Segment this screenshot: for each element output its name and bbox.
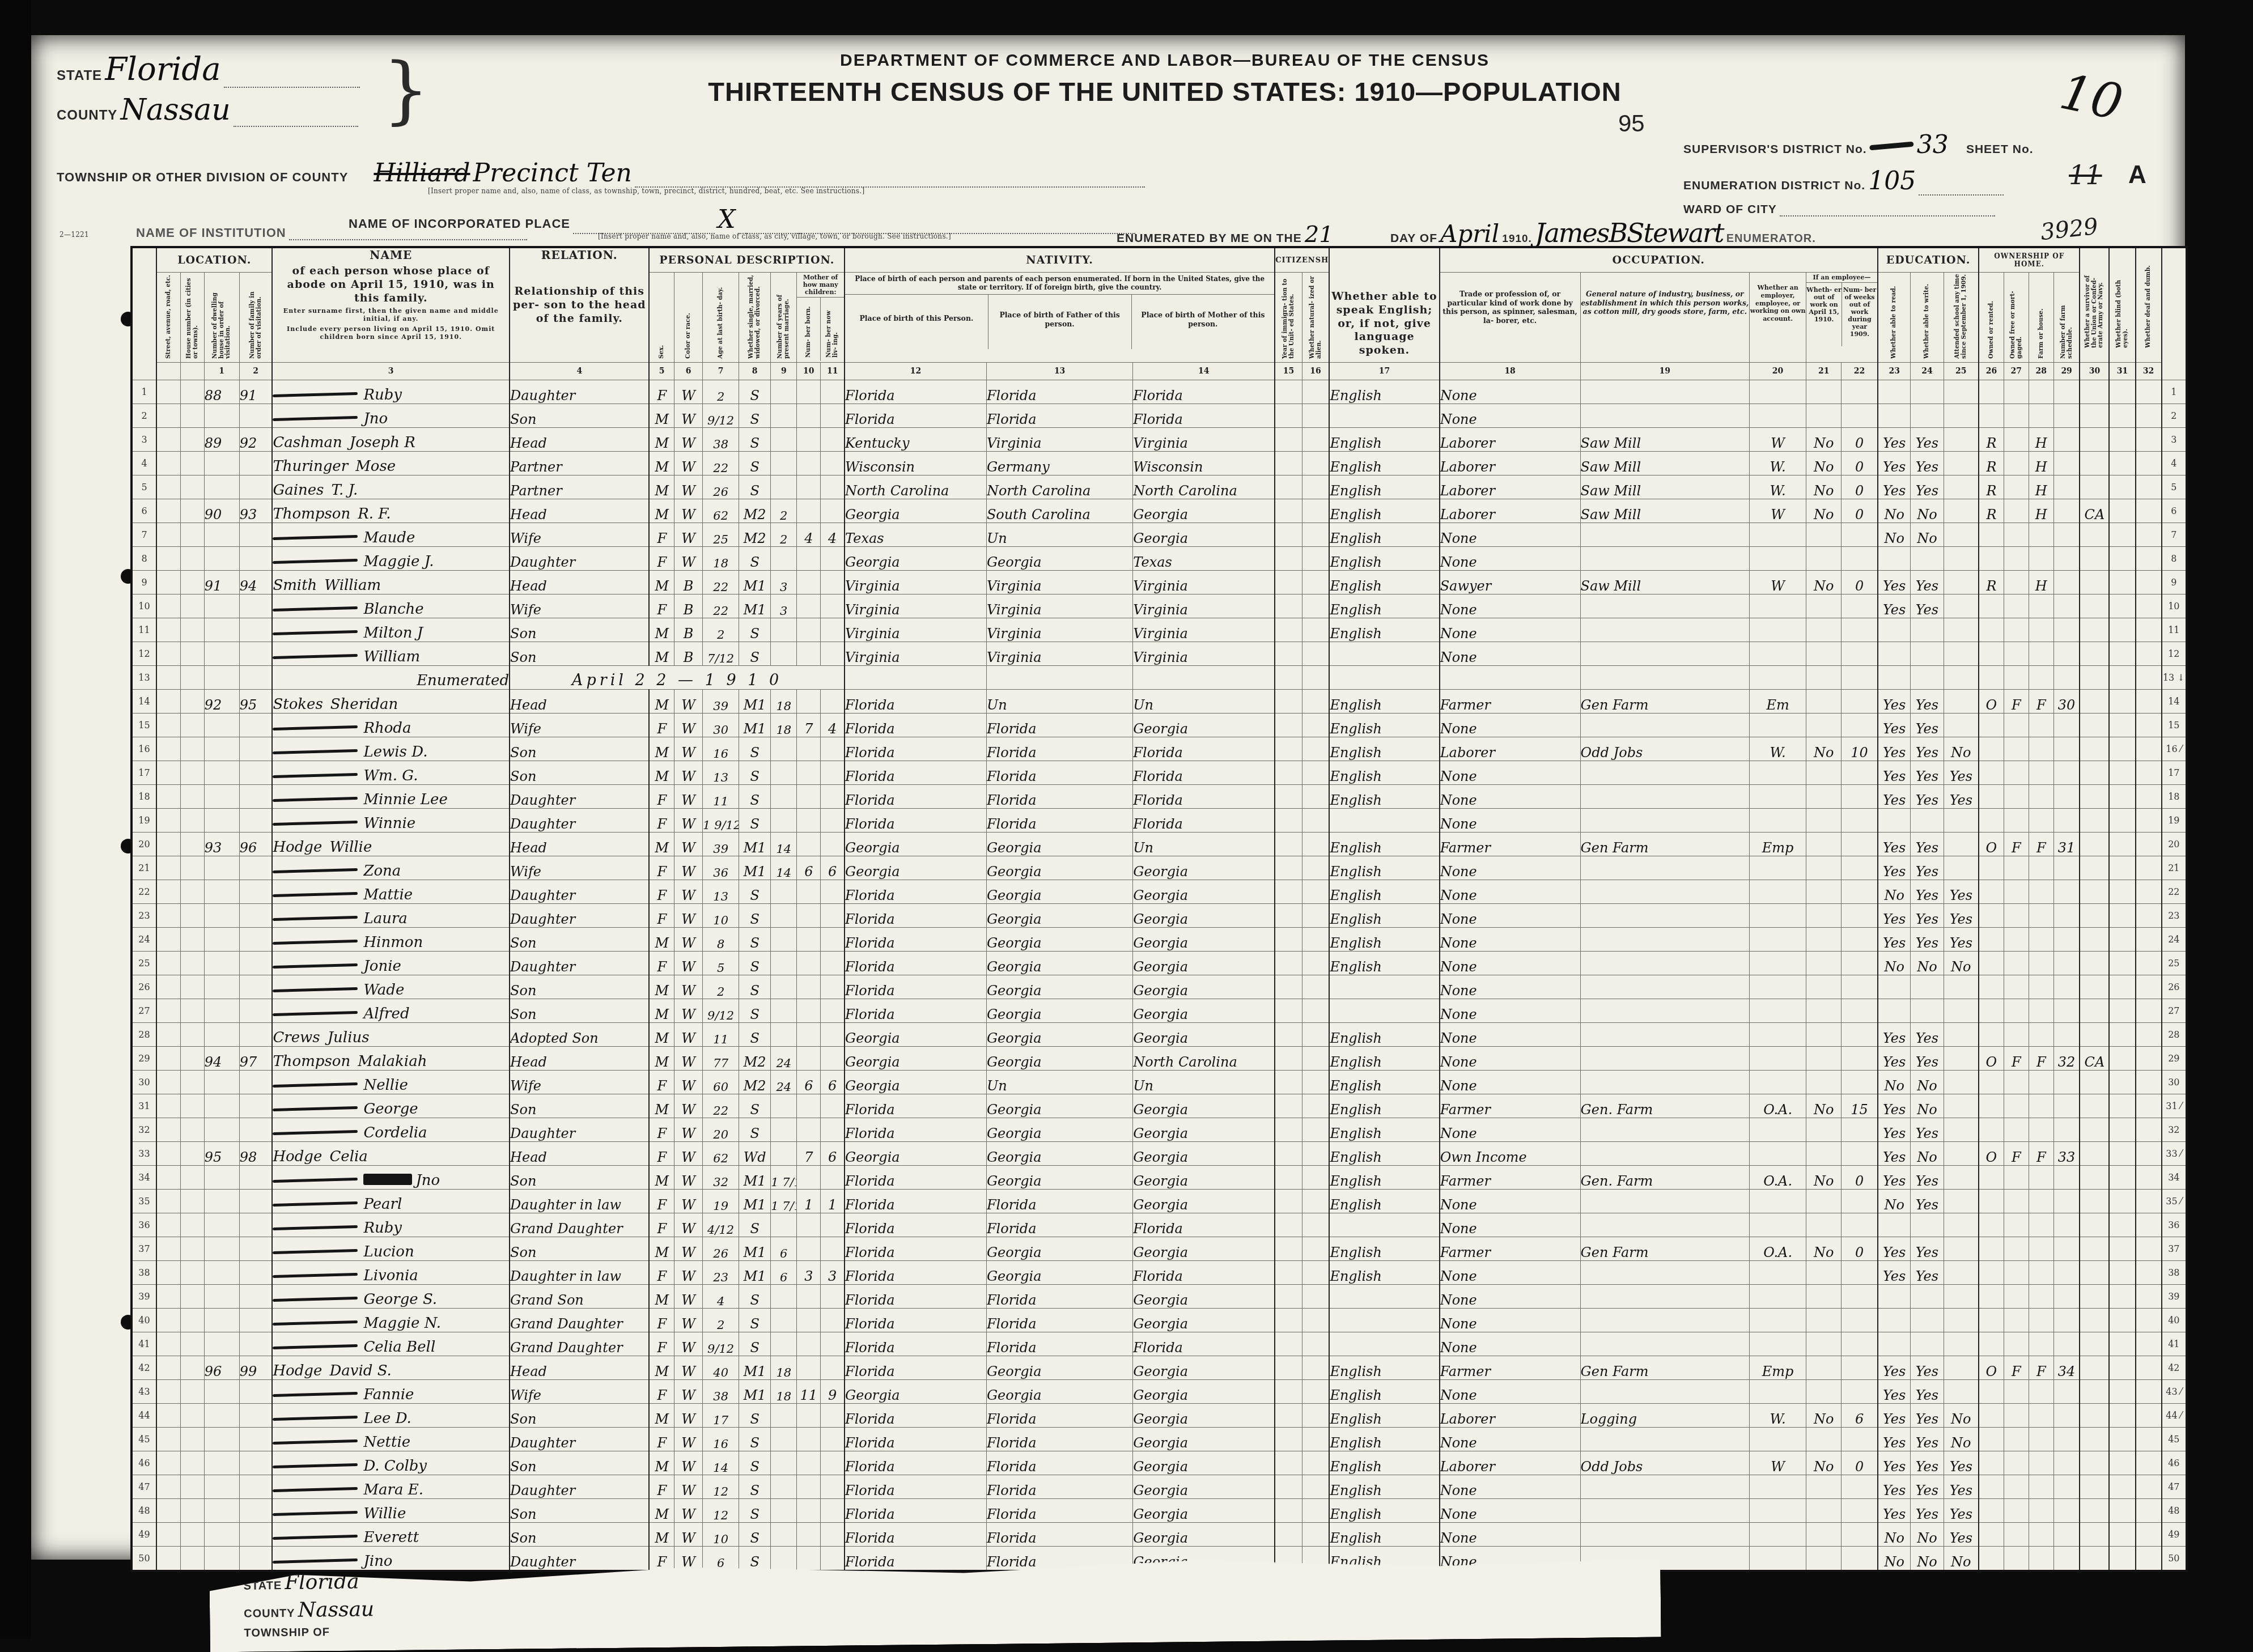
- cell-cb: [797, 1285, 821, 1309]
- cell-vet: [2080, 880, 2109, 904]
- cell-ag: 6: [703, 1547, 739, 1572]
- cell-house: [180, 1356, 204, 1380]
- cell-tr: Laborer: [1440, 1451, 1580, 1475]
- cell-o: [1979, 785, 2004, 809]
- cell-street: [156, 737, 180, 761]
- cell-dw: [204, 761, 239, 785]
- table-row: 4Thuringer MosePartnerMW22SWisconsinGerm…: [131, 452, 2187, 475]
- cell-mbp: Georgia: [1133, 880, 1275, 904]
- cell-wr: Yes: [1911, 571, 1944, 594]
- cell-mbp: Georgia: [1133, 1190, 1275, 1213]
- cell-emp: W.: [1750, 452, 1806, 475]
- cell-rd: Yes: [1878, 1499, 1911, 1523]
- cell-co: W: [674, 856, 703, 880]
- column-number: 14: [1133, 363, 1275, 380]
- cell-ow: [1806, 1118, 1842, 1142]
- cell-ow: [1806, 975, 1842, 999]
- cell-ow: No: [1806, 428, 1842, 452]
- cell-name: Laura: [272, 904, 510, 928]
- column-number: 10: [797, 363, 821, 380]
- cell-ma: S: [739, 785, 771, 809]
- cell-imm: [1275, 1523, 1302, 1547]
- table-row: 99194Smith WilliamHeadMB22M13VirginiaVir…: [131, 571, 2187, 594]
- cell-wks: 0: [1842, 452, 1878, 475]
- cell-ow: [1806, 1428, 1842, 1451]
- cell-fh: [2029, 809, 2053, 833]
- cell-imm: [1275, 785, 1302, 809]
- cell-sch: [1944, 690, 1979, 714]
- cell-bp: [845, 666, 986, 690]
- column-number: 5: [649, 363, 674, 380]
- cell-ma: M1: [739, 833, 771, 856]
- cell-df: [2136, 928, 2162, 952]
- cell-ma: S: [739, 1451, 771, 1475]
- cell-rd: Yes: [1878, 1380, 1911, 1404]
- cell-rel: Daughter in law: [510, 1261, 649, 1285]
- cell-rd: No: [1878, 1523, 1911, 1547]
- cell-lnR: 24: [2162, 928, 2187, 952]
- cell-wks: [1842, 1332, 1878, 1356]
- cell-house: [180, 785, 204, 809]
- cell-house: [180, 404, 204, 428]
- cell-ind: [1580, 904, 1749, 928]
- column-number: 32: [2136, 363, 2162, 380]
- cell-vet: [2080, 975, 2109, 999]
- cell-bl: [2109, 1071, 2135, 1094]
- cell-ma: S: [739, 1523, 771, 1547]
- cell-sx: F: [649, 1071, 674, 1094]
- cell-rd: [1878, 404, 1911, 428]
- cell-fm: [2004, 1332, 2029, 1356]
- cell-cb: [797, 547, 821, 571]
- cell-wr: Yes: [1911, 428, 1944, 452]
- cell-tr: None: [1440, 809, 1580, 833]
- cell-df: [2136, 499, 2162, 523]
- cell-vet: [2080, 428, 2109, 452]
- cell-ln: 5: [131, 475, 156, 499]
- cell-emp: [1750, 809, 1806, 833]
- table-row: 2JnoSonMW9/12SFloridaFloridaFloridaNone2: [131, 404, 2187, 428]
- cell-yrs: [771, 880, 797, 904]
- cell-sx: M: [649, 999, 674, 1023]
- cell-bp: Florida: [845, 1547, 986, 1572]
- col-18-label: Trade or profession of, or particular ki…: [1440, 290, 1580, 325]
- cell-sx: F: [649, 809, 674, 833]
- cell-sx: M: [649, 642, 674, 666]
- column-number: 11: [821, 363, 845, 380]
- cell-nat: [1302, 1404, 1329, 1428]
- cell-name: Cordelia: [272, 1118, 510, 1142]
- cell-street: [156, 1047, 180, 1071]
- cell-tr: None: [1440, 1309, 1580, 1332]
- cell-rd: [1878, 1309, 1911, 1332]
- cell-street: [156, 1404, 180, 1428]
- cell-sch: [1944, 618, 1979, 642]
- cell-bl: [2109, 571, 2135, 594]
- census-table: LOCATION. NAME of each person whose plac…: [130, 246, 2188, 1572]
- cell-street: [156, 452, 180, 475]
- cell-rel: Wife: [510, 523, 649, 547]
- cell-vet: [2080, 761, 2109, 785]
- cell-co: W: [674, 1475, 703, 1499]
- cell-tr: None: [1440, 642, 1580, 666]
- cell-rel: Daughter: [510, 1428, 649, 1451]
- cell-bp: Florida: [845, 1356, 986, 1380]
- cell-dw: [204, 618, 239, 642]
- cell-bl: [2109, 666, 2135, 690]
- cell-bp: Florida: [845, 714, 986, 737]
- cell-name: Minnie Lee: [272, 785, 510, 809]
- cell-rel: Partner: [510, 475, 649, 499]
- cell-df: [2136, 594, 2162, 618]
- cell-emp: [1750, 1142, 1806, 1166]
- cell-street: [156, 618, 180, 642]
- cell-bp: Florida: [845, 999, 986, 1023]
- cell-cb: [797, 1475, 821, 1499]
- cell-dw: 90: [204, 499, 239, 523]
- cell-cl: [821, 690, 845, 714]
- cell-house: [180, 1142, 204, 1166]
- cell-bp: North Carolina: [845, 475, 986, 499]
- cell-wr: Yes: [1911, 856, 1944, 880]
- cell-o: R: [1979, 499, 2004, 523]
- cell-wks: [1842, 1118, 1878, 1142]
- cell-eng: English: [1329, 690, 1439, 714]
- cell-fs: [2053, 1547, 2080, 1572]
- cell-fs: 34: [2053, 1356, 2080, 1380]
- col-30-label: Whether a survivor of the Union or Confe…: [2085, 263, 2105, 348]
- cell-mbp: Georgia: [1133, 1404, 1275, 1428]
- cell-fbp: South Carolina: [986, 499, 1132, 523]
- cell-vet: [2080, 833, 2109, 856]
- cell-emp: [1750, 404, 1806, 428]
- enumeration-value: 105: [1868, 167, 1916, 196]
- cell-co: W: [674, 880, 703, 904]
- cell-bl: [2109, 1023, 2135, 1047]
- cell-eng: [1329, 404, 1439, 428]
- cell-fm: [2004, 809, 2029, 833]
- cell-fm: [2004, 475, 2029, 499]
- cell-tr: Sawyer: [1440, 571, 1580, 594]
- cell-tr: Laborer: [1440, 475, 1580, 499]
- cell-yrs: [771, 809, 797, 833]
- cell-emp: [1750, 999, 1806, 1023]
- cell-mbp: Georgia: [1133, 1285, 1275, 1309]
- cell-imm: [1275, 1190, 1302, 1213]
- cell-eng: English: [1329, 928, 1439, 952]
- cell-bp: Georgia: [845, 1380, 986, 1404]
- cell-fam: [239, 1499, 272, 1523]
- cell-house: [180, 1380, 204, 1404]
- cell-nat: [1302, 571, 1329, 594]
- cell-rel: Wife: [510, 594, 649, 618]
- cell-rd: No: [1878, 499, 1911, 523]
- cell-sch: [1944, 1309, 1979, 1332]
- cell-yrs: [771, 380, 797, 404]
- cell-wr: No: [1911, 1142, 1944, 1166]
- cell-vet: [2080, 1380, 2109, 1404]
- cell-co: W: [674, 1237, 703, 1261]
- cell-co: W: [674, 952, 703, 975]
- cell-wr: Yes: [1911, 1118, 1944, 1142]
- cell-sch: [1944, 547, 1979, 571]
- cell-lnR: 2: [2162, 404, 2187, 428]
- group-citizenship: CITIZENSHIP.: [1275, 247, 1329, 273]
- cell-dw: [204, 714, 239, 737]
- cell-bl: [2109, 523, 2135, 547]
- cell-tr: None: [1440, 904, 1580, 928]
- cell-imm: [1275, 880, 1302, 904]
- table-row: 38992Cashman Joseph RHeadMW38SKentuckyVi…: [131, 428, 2187, 452]
- cell-vet: [2080, 452, 2109, 475]
- cell-sch: [1944, 1213, 1979, 1237]
- cell-rel: Son: [510, 999, 649, 1023]
- cell-bp: Florida: [845, 904, 986, 928]
- cell-fh: [2029, 1237, 2053, 1261]
- cell-mbp: Virginia: [1133, 571, 1275, 594]
- table-row: 18Minnie LeeDaughterFW11SFloridaFloridaF…: [131, 785, 2187, 809]
- cell-lnR: 3: [2162, 428, 2187, 452]
- cell-co: W: [674, 1118, 703, 1142]
- cell-fbp: Georgia: [986, 547, 1132, 571]
- cell-wr: Yes: [1911, 1047, 1944, 1071]
- cell-fbp: Georgia: [986, 904, 1132, 928]
- cell-co: B: [674, 618, 703, 642]
- cell-street: [156, 428, 180, 452]
- cell-df: [2136, 452, 2162, 475]
- cell-df: [2136, 642, 2162, 666]
- cell-yrs: [771, 1094, 797, 1118]
- cell-fam: 91: [239, 380, 272, 404]
- cell-sx: F: [649, 1380, 674, 1404]
- cell-ln: 2: [131, 404, 156, 428]
- group-home: OWNERSHIP OF HOME.: [1979, 247, 2080, 273]
- cell-mbp: Georgia: [1133, 952, 1275, 975]
- table-row: 41Celia BellGrand DaughterFW9/12SFlorida…: [131, 1332, 2187, 1356]
- cell-o: [1979, 666, 2004, 690]
- cell-eng: English: [1329, 594, 1439, 618]
- cell-co: B: [674, 571, 703, 594]
- cell-ln: 1: [131, 380, 156, 404]
- cell-ow: [1806, 1071, 1842, 1094]
- cell-lnR: 22: [2162, 880, 2187, 904]
- cell-emp: [1750, 856, 1806, 880]
- cell-emp: Emp: [1750, 1356, 1806, 1380]
- cell-co: W: [674, 1428, 703, 1451]
- cell-rd: [1878, 1332, 1911, 1356]
- cell-fh: [2029, 1309, 2053, 1332]
- cell-vet: [2080, 571, 2109, 594]
- cell-o: [1979, 856, 2004, 880]
- cell-ma: S: [739, 928, 771, 952]
- cell-imm: [1275, 833, 1302, 856]
- cell-name: Lee D.: [272, 1404, 510, 1428]
- cell-ind: [1580, 1499, 1749, 1523]
- cell-fam: [239, 642, 272, 666]
- cell-cb: [797, 785, 821, 809]
- cell-street: [156, 785, 180, 809]
- cell-sx: M: [649, 404, 674, 428]
- cell-ma: M2: [739, 1047, 771, 1071]
- cell-o: [1979, 594, 2004, 618]
- cell-sx: M: [649, 833, 674, 856]
- cell-sch: No: [1944, 1428, 1979, 1451]
- cell-ow: [1806, 523, 1842, 547]
- cell-lnR: 41: [2162, 1332, 2187, 1356]
- cell-bl: [2109, 761, 2135, 785]
- cell-bl: [2109, 1451, 2135, 1475]
- cell-name: Crews Julius: [272, 1023, 510, 1047]
- column-number: 13: [986, 363, 1132, 380]
- cell-cl: [821, 1285, 845, 1309]
- cell-mbp: Georgia: [1133, 904, 1275, 928]
- cell-wks: [1842, 594, 1878, 618]
- cell-nat: [1302, 1285, 1329, 1309]
- cell-co: W: [674, 547, 703, 571]
- cell-tr: Farmer: [1440, 833, 1580, 856]
- col-house-label: House number (in cities or towns).: [186, 274, 199, 359]
- cell-sx: F: [649, 1261, 674, 1285]
- cell-vet: [2080, 1547, 2109, 1572]
- cell-tr: None: [1440, 404, 1580, 428]
- cell-fh: [2029, 618, 2053, 642]
- cell-fh: [2029, 380, 2053, 404]
- cell-name: George S.: [272, 1285, 510, 1309]
- cell-imm: [1275, 1094, 1302, 1118]
- cell-ag: 22: [703, 594, 739, 618]
- cell-dw: [204, 1071, 239, 1094]
- cell-sx: F: [649, 1475, 674, 1499]
- cell-df: [2136, 714, 2162, 737]
- cell-eng: English: [1329, 452, 1439, 475]
- cell-bl: [2109, 1237, 2135, 1261]
- cell-sx: F: [649, 1428, 674, 1451]
- table-row: 37LucionSonMW26M16FloridaGeorgiaGeorgiaE…: [131, 1237, 2187, 1261]
- cell-ma: S: [739, 761, 771, 785]
- cell-cl: 4: [821, 523, 845, 547]
- cell-fbp: Georgia: [986, 1166, 1132, 1190]
- cell-fs: [2053, 452, 2080, 475]
- cell-vet: [2080, 642, 2109, 666]
- cell-df: [2136, 428, 2162, 452]
- cell-wks: [1842, 856, 1878, 880]
- cell-co: W: [674, 1023, 703, 1047]
- cell-bp: Florida: [845, 1118, 986, 1142]
- cell-house: [180, 690, 204, 714]
- cell-vet: [2080, 1166, 2109, 1190]
- cell-yrs: [771, 618, 797, 642]
- cell-fs: [2053, 856, 2080, 880]
- cell-nat: [1302, 975, 1329, 999]
- cell-rd: Yes: [1878, 1404, 1911, 1428]
- cell-fh: [2029, 547, 2053, 571]
- cell-house: [180, 1428, 204, 1451]
- cell-ind: [1580, 1285, 1749, 1309]
- cell-ind: [1580, 1309, 1749, 1332]
- cell-fam: [239, 880, 272, 904]
- cell-ow: No: [1806, 1237, 1842, 1261]
- cell-bp: Florida: [845, 1499, 986, 1523]
- cell-ag: 12: [703, 1475, 739, 1499]
- table-row: 35PearlDaughter in lawFW19M11 7/1211Flor…: [131, 1190, 2187, 1213]
- cell-wr: Yes: [1911, 1261, 1944, 1285]
- cell-tr: None: [1440, 1023, 1580, 1047]
- col-14-mother-birthplace: Place of birth of Mother of this person.: [1131, 295, 1275, 349]
- cell-tr: None: [1440, 1380, 1580, 1404]
- col-32-deaf: Whether deaf and dumb.: [2136, 247, 2162, 363]
- cell-house: [180, 1023, 204, 1047]
- cell-ma: S: [739, 380, 771, 404]
- table-row: 43FannieWifeFW38M118119GeorgiaGeorgiaGeo…: [131, 1380, 2187, 1404]
- col-28-farm-house: Farm or house.: [2029, 273, 2053, 363]
- cell-df: [2136, 404, 2162, 428]
- cell-bl: [2109, 1285, 2135, 1309]
- cell-vet: CA: [2080, 499, 2109, 523]
- cell-rel: Daughter: [510, 880, 649, 904]
- cell-mbp: Virginia: [1133, 618, 1275, 642]
- cell-yrs: 18: [771, 1380, 797, 1404]
- cell-mbp: Florida: [1133, 1332, 1275, 1356]
- cell-cl: [821, 1237, 845, 1261]
- cell-mbp: Florida: [1133, 785, 1275, 809]
- cell-bp: Florida: [845, 761, 986, 785]
- cell-nat: [1302, 833, 1329, 856]
- cell-o: [1979, 1237, 2004, 1261]
- cell-rel: Daughter: [510, 1475, 649, 1499]
- cell-cb: [797, 499, 821, 523]
- cell-rel: Head: [510, 833, 649, 856]
- cell-tr: Laborer: [1440, 1404, 1580, 1428]
- cell-cl: [821, 1404, 845, 1428]
- cell-bl: [2109, 833, 2135, 856]
- cell-wr: No: [1911, 952, 1944, 975]
- cell-rd: Yes: [1878, 1094, 1911, 1118]
- table-row: 39George S.Grand SonMW4SFloridaFloridaGe…: [131, 1285, 2187, 1309]
- cell-cb: 1: [797, 1190, 821, 1213]
- col-5-sex: Sex.: [649, 273, 674, 363]
- cell-emp: W: [1750, 499, 1806, 523]
- cell-dw: 96: [204, 1356, 239, 1380]
- cell-vet: [2080, 999, 2109, 1023]
- cell-fh: [2029, 1166, 2053, 1190]
- cell-name: Cashman Joseph R: [272, 428, 510, 452]
- cell-dw: [204, 999, 239, 1023]
- cell-ma: S: [739, 428, 771, 452]
- cell-co: W: [674, 1142, 703, 1166]
- cell-wks: 0: [1842, 499, 1878, 523]
- cell-nat: [1302, 594, 1329, 618]
- cell-rd: Yes: [1878, 1047, 1911, 1071]
- cell-df: [2136, 1499, 2162, 1523]
- cell-mbp: Florida: [1133, 380, 1275, 404]
- cell-imm: [1275, 571, 1302, 594]
- cell-street: [156, 642, 180, 666]
- cell-fm: [2004, 571, 2029, 594]
- cell-fh: H: [2029, 475, 2053, 499]
- cell-name: Nettie: [272, 1428, 510, 1451]
- cell-ag: 1 9/12: [703, 809, 739, 833]
- cell-fbp: Un: [986, 523, 1132, 547]
- cell-bp: Florida: [845, 380, 986, 404]
- cell-sx: F: [649, 1118, 674, 1142]
- cell-ln: 28: [131, 1023, 156, 1047]
- cell-fs: [2053, 547, 2080, 571]
- column-number: 21: [1806, 363, 1842, 380]
- cell-o: R: [1979, 452, 2004, 475]
- cell-co: W: [674, 499, 703, 523]
- cell-fam: [239, 1261, 272, 1285]
- cell-nat: [1302, 452, 1329, 475]
